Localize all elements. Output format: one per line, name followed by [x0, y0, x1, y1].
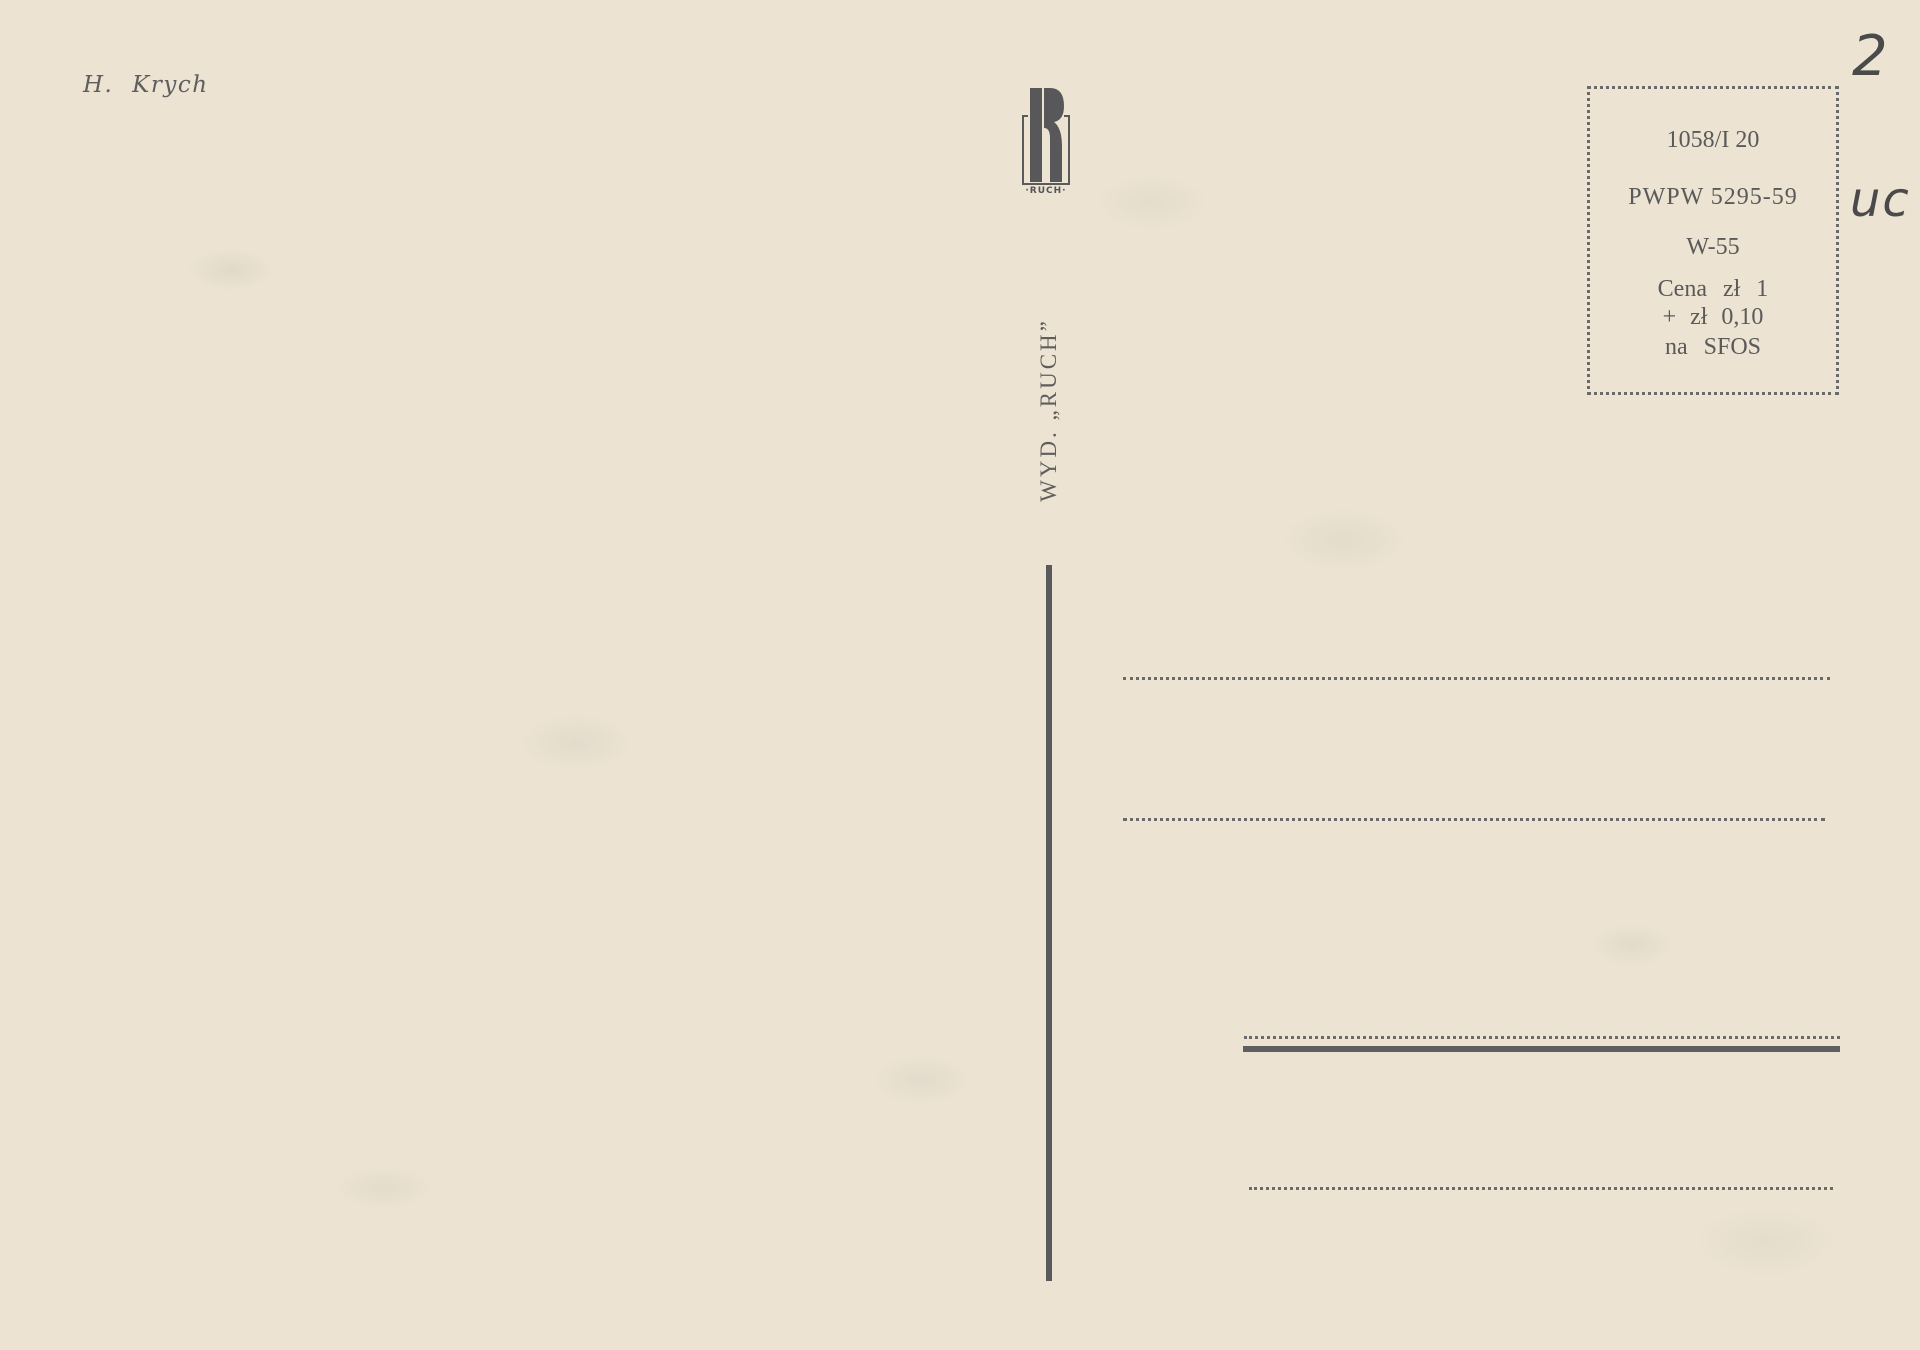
handwritten-number: 2: [1852, 24, 1888, 89]
address-line-4: [1249, 1187, 1833, 1190]
center-divider: [1046, 565, 1052, 1281]
handwritten-note: uc: [1850, 172, 1911, 228]
stamp-line: W-55: [1590, 234, 1836, 260]
ruch-logo-icon: ·RUCH·: [1020, 86, 1072, 202]
stamp-box: 1058/I 20 PWPW 5295-59 W-55 Cena zł 1 + …: [1587, 86, 1839, 395]
address-line-1: [1123, 677, 1830, 680]
publisher-text: WYD. „RUCH”: [1036, 318, 1062, 502]
stamp-line: na SFOS: [1590, 334, 1836, 360]
address-line-2: [1123, 818, 1825, 821]
stamp-line: 1058/I 20: [1590, 127, 1836, 153]
stamp-line: Cena zł 1: [1590, 276, 1836, 302]
address-line-3: [1244, 1036, 1840, 1039]
artist-credit: H. Krych: [83, 72, 209, 98]
stamp-line: + zł 0,10: [1590, 304, 1836, 330]
logo-caption: ·RUCH·: [1016, 186, 1076, 196]
stamp-line: PWPW 5295-59: [1590, 184, 1836, 210]
address-solid-rule: [1243, 1046, 1840, 1052]
